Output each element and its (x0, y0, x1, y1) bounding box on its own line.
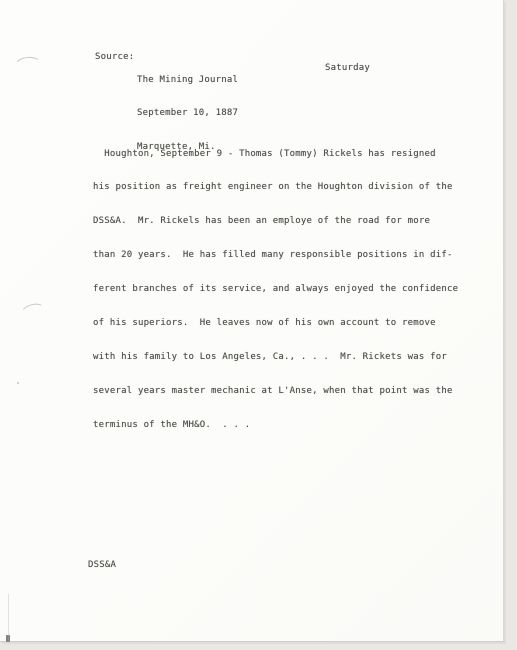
footer-abbreviation: DSS&A (88, 560, 116, 571)
article-line: with his family to Los Angeles, Ca., . .… (93, 352, 453, 363)
article-line: than 20 years. He has filled many respon… (93, 250, 453, 261)
article-line: several years master mechanic at L'Anse,… (93, 386, 453, 397)
source-date: September 10, 1887 (137, 108, 238, 119)
source-label: Source: (95, 52, 134, 63)
hole-punch-mark-top (13, 56, 43, 77)
edge-streak (8, 594, 9, 641)
source-publication: The Mining Journal (137, 75, 238, 86)
article-paragraph: Houghton, September 9 - Thomas (Tommy) R… (93, 126, 453, 454)
hole-punch-mark-middle (19, 301, 47, 323)
article-line: terminus of the MH&O. . . . (93, 420, 453, 431)
scanned-page: Source: The Mining Journal September 10,… (0, 0, 504, 642)
article-line: his position as freight engineer on the … (93, 182, 453, 193)
article-line: Houghton, September 9 - Thomas (Tommy) R… (93, 149, 453, 160)
scan-speck (17, 382, 19, 384)
article-line: ferent branches of its service, and alwa… (93, 284, 453, 295)
article-line: of his superiors. He leaves now of his o… (93, 318, 453, 329)
article-line: DSS&A. Mr. Rickels has been an employe o… (93, 216, 453, 227)
scan-viewport: Source: The Mining Journal September 10,… (0, 0, 517, 650)
weekday-label: Saturday (325, 63, 370, 74)
